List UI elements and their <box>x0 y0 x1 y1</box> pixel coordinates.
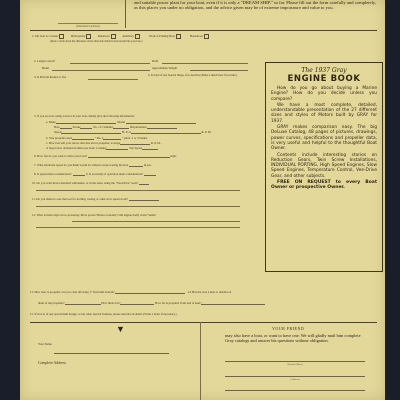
question-7: 7. What moderate speed do you think woul… <box>34 163 151 167</box>
rpm-field[interactable] <box>120 141 150 145</box>
propeller-keel-distance-field[interactable] <box>201 301 265 305</box>
weight-label: Approximate Weight <box>152 66 177 70</box>
question-15: 15. If boat is of any special hull desig… <box>30 312 177 316</box>
question-5: 5. If you are now using a motor in your … <box>34 114 135 118</box>
weight-field[interactable] <box>190 70 248 71</box>
propeller-dia-field[interactable] <box>72 136 94 140</box>
q5a-make-row: a. Make Model <box>46 120 196 124</box>
q10-answer-line[interactable] <box>36 190 240 191</box>
question-13-continued: diam of the propeller? How thick is it? … <box>38 301 265 305</box>
q5b-propeller: b. Size propeller used " dia. x " pitch.… <box>46 136 147 140</box>
speed-consideration-field[interactable] <box>73 172 85 176</box>
checkbox-houseboat[interactable] <box>204 34 209 39</box>
q5c-rpm: c. How fast will your motor turn this ab… <box>46 141 161 145</box>
ad-title-year: The 1937 Gray <box>271 67 377 74</box>
checkbox-auxiliary[interactable] <box>135 34 140 39</box>
question-10: 10. Do you want motor installed with/und… <box>32 181 149 185</box>
q11-answer-line[interactable] <box>36 206 240 207</box>
q5d-speed: d. Speed now obtained in miles per hour:… <box>46 146 158 150</box>
complete-address-label: Complete Address <box>38 361 66 365</box>
propeller-clearance-field[interactable] <box>115 290 185 294</box>
footer-vertical-divider <box>200 322 201 400</box>
ad-paragraph: GRAY makes comparison easy. The big DeLu… <box>271 125 377 151</box>
moderate-speed-field[interactable] <box>129 163 143 167</box>
friends-address-field[interactable] <box>225 376 365 377</box>
top-speed-field[interactable] <box>142 146 158 150</box>
ad-paragraph: How do you go about buying a Marine Engi… <box>271 86 377 102</box>
q5a-speed-row: Speed H. P. at R. P. M. <box>54 130 211 134</box>
friends-name-caption: (Friend's Name) <box>225 363 365 366</box>
your-friend-text: may also have a boat, or want to have on… <box>225 334 370 343</box>
length-field[interactable] <box>70 63 150 64</box>
hp-field[interactable] <box>131 130 201 134</box>
question-1-note: (Draw a circle about the silhouette on t… <box>50 40 142 44</box>
q5a-specs-row: Bore Stroke No. of Cylinders Displacemen… <box>54 125 177 129</box>
ad-paragraph: Contents include interesting stories on … <box>271 153 377 179</box>
draft-field[interactable] <box>162 63 248 64</box>
distributor-address-caption: (Distributor's Address) <box>58 23 118 28</box>
economy-consideration-field[interactable] <box>144 172 156 176</box>
question-13: 13. How near is propeller can you clear … <box>30 290 231 294</box>
friends-address-caption: (Address) <box>225 378 365 381</box>
questionnaire-page: and suitable power plant for your boat, … <box>20 0 385 400</box>
bore-field[interactable] <box>60 125 72 129</box>
intro-paragraph: and suitable power plant for your boat, … <box>125 0 380 28</box>
checkbox-runabout[interactable] <box>111 34 116 39</box>
question-1: 1. My boat is: Cruiser Hydroplane Runabo… <box>32 34 209 39</box>
cylinders-field[interactable] <box>113 125 129 129</box>
draft-label: Draft <box>152 59 158 63</box>
propeller-diam-field[interactable] <box>65 301 101 305</box>
engine-book-advertisement: The 1937 Gray ENGINE BOOK How do you go … <box>265 62 383 272</box>
bottom-shape-field[interactable] <box>88 79 138 80</box>
your-name-field[interactable] <box>54 353 169 354</box>
ad-free-offer: FREE ON REQUEST to every Boat Owner or p… <box>271 180 377 191</box>
question-11: 11. Do you intend to use the boat for tr… <box>32 197 159 201</box>
down-arrow-icon: ▼ <box>116 324 125 334</box>
keel-thickness-field[interactable] <box>120 301 154 305</box>
slow-speed-field[interactable] <box>129 197 159 201</box>
your-friend-heading: YOUR FRIEND <box>272 326 304 331</box>
checkbox-hydroplane[interactable] <box>86 34 91 39</box>
q12-answer-line-1[interactable] <box>72 221 240 222</box>
top-divider <box>30 30 377 31</box>
cruising-speed-field[interactable] <box>106 146 128 150</box>
friends-address-line-2[interactable] <box>225 390 365 391</box>
question-4: 4. Is Stern of any Special Shape, if so … <box>148 74 248 77</box>
beam-label: Beam <box>42 66 49 70</box>
displacement-field[interactable] <box>147 125 177 129</box>
your-name-label: Your Name <box>38 343 52 346</box>
speed-field[interactable] <box>61 130 121 134</box>
ad-paragraph: We have a most complete, detailed, under… <box>271 103 377 124</box>
desired-speed-field[interactable] <box>88 154 170 158</box>
bottom-divider <box>30 322 377 323</box>
question-3: 3. Is Bottom Round or Vee <box>34 75 66 79</box>
make-field[interactable] <box>56 120 116 124</box>
propeller-pitch-field[interactable] <box>103 136 121 140</box>
friends-name-field[interactable] <box>225 361 365 362</box>
question-8: 8. Is speed main consideration? 9. Is ec… <box>34 172 156 176</box>
checkbox-work-boat[interactable] <box>176 34 181 39</box>
stroke-field[interactable] <box>80 125 92 129</box>
model-field[interactable] <box>126 120 196 124</box>
q12-answer-line-2[interactable] <box>36 227 240 228</box>
checkbox-cruiser[interactable] <box>59 34 64 39</box>
question-2: 2. Length overall <box>34 59 55 63</box>
vee-drive-field[interactable] <box>139 181 149 185</box>
beam-field[interactable] <box>52 70 150 71</box>
ad-title: ENGINE BOOK <box>271 74 377 84</box>
question-6: 6. How fast do you want to drive your bo… <box>34 154 177 158</box>
question-12: 12. What is main object in re-powering: … <box>32 213 237 217</box>
